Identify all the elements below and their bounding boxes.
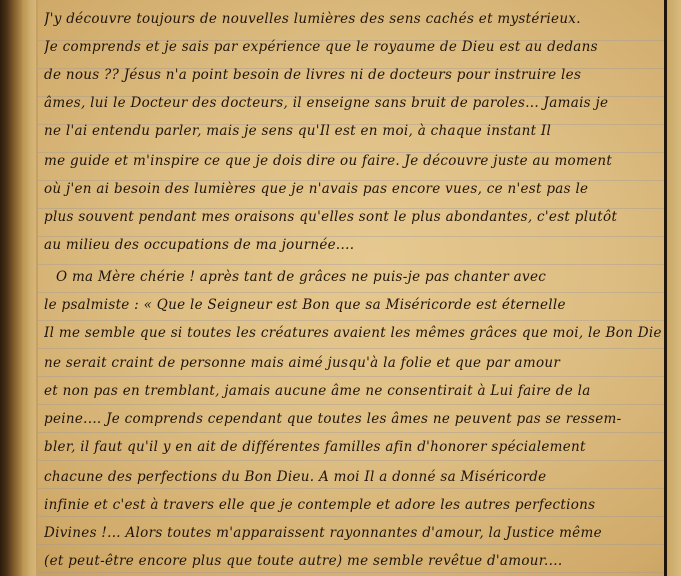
manuscript-page: J'y découvre toujours de nouvelles lumiè… — [0, 0, 681, 576]
text-line: O ma Mère chérie ! après tant de grâces … — [56, 262, 674, 292]
text-line: âmes, lui le Docteur des docteurs, il en… — [44, 88, 662, 118]
text-line: me guide et m'inspire ce que je dois dir… — [44, 146, 662, 176]
page-gutter — [22, 0, 37, 576]
margin-line — [36, 0, 38, 576]
text-line: Je comprends et je sais par expérience q… — [44, 32, 662, 62]
text-line: bler, il faut qu'il y en ait de différen… — [44, 432, 662, 462]
text-line: le psalmiste : « Que le Seigneur est Bon… — [44, 290, 662, 320]
text-line: chacune des perfections du Bon Dieu. A m… — [44, 462, 662, 492]
text-line: et non pas en tremblant, jamais aucune â… — [44, 376, 662, 406]
text-line: peine.... Je comprends cependant que tou… — [44, 404, 662, 434]
text-line: plus souvent pendant mes oraisons qu'ell… — [44, 202, 662, 232]
text-line: Divines !... Alors toutes m'apparaissent… — [44, 518, 662, 548]
text-line: (et peut-être encore plus que toute autr… — [44, 546, 662, 576]
text-line: au milieu des occupations de ma journée.… — [44, 230, 662, 260]
text-line: de nous ?? Jésus n'a point besoin de liv… — [44, 60, 662, 90]
book-binding — [0, 0, 22, 576]
text-line: infinie et c'est à travers elle que je c… — [44, 490, 662, 520]
text-line: Il me semble que si toutes les créatures… — [44, 318, 662, 348]
text-line: où j'en ai besoin des lumières que je n'… — [44, 174, 662, 204]
text-line: ne l'ai entendu parler, mais je sens qu'… — [44, 116, 662, 146]
text-line: ne serait craint de personne mais aimé j… — [44, 348, 662, 378]
text-line: J'y découvre toujours de nouvelles lumiè… — [44, 4, 662, 34]
